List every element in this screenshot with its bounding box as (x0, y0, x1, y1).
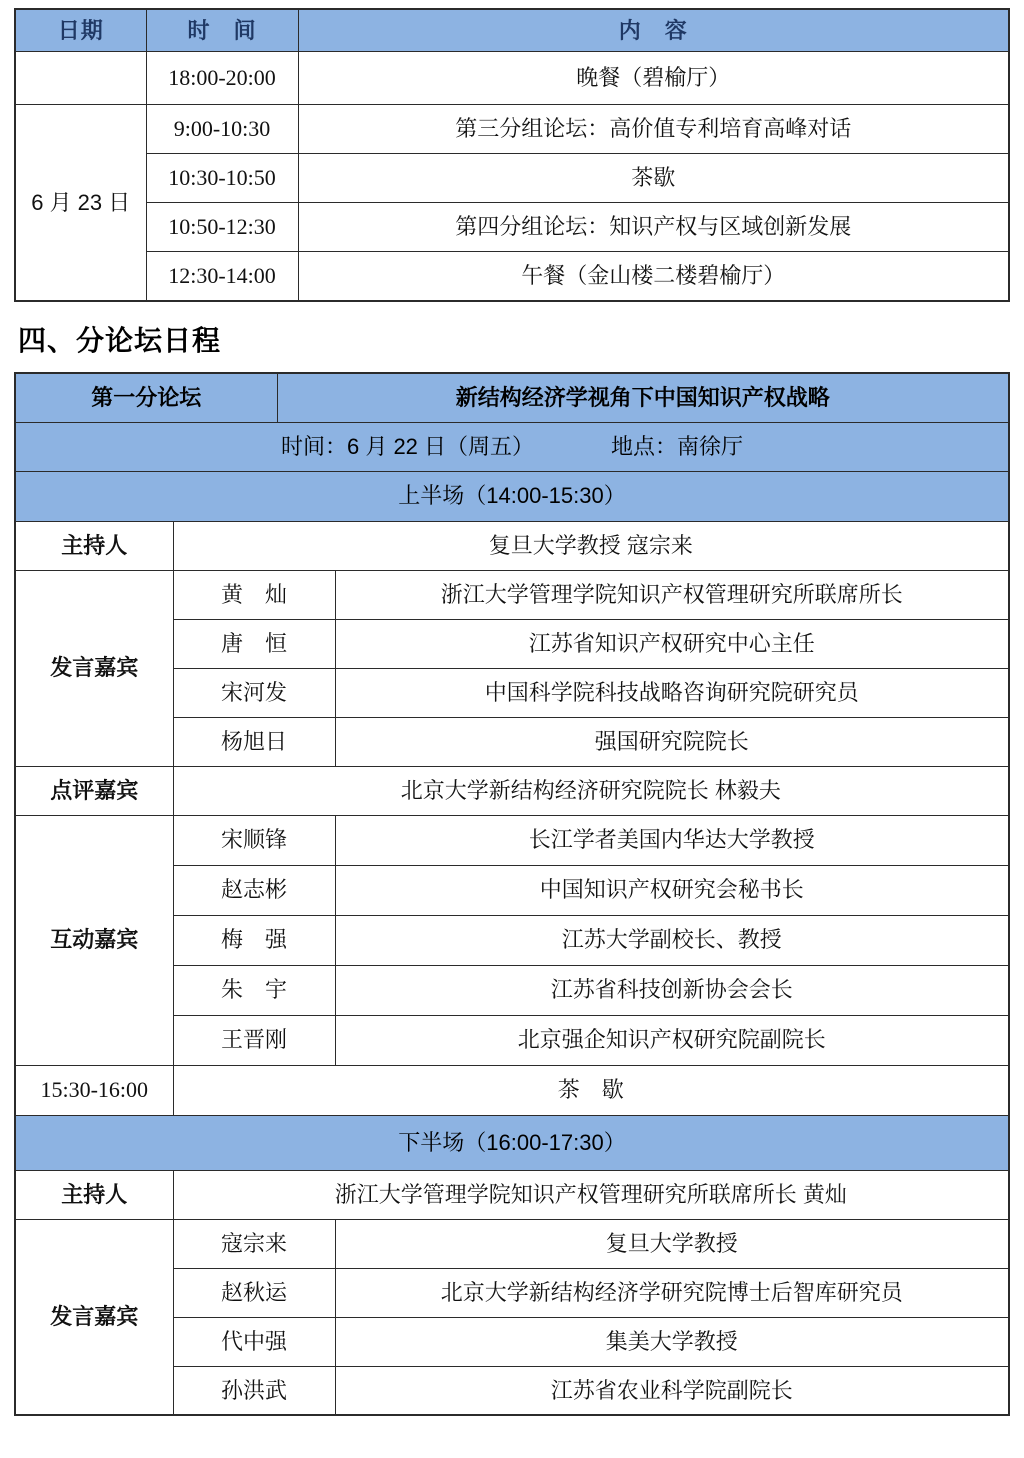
commentator-row: 点评嘉宾 北京大学新结构经济研究院院长 林毅夫 (15, 766, 1009, 815)
speaker-name-cell: 寇宗来 (173, 1219, 335, 1268)
panelist-title-cell: 江苏省科技创新协会会长 (335, 965, 1009, 1015)
time-cell: 18:00-20:00 (146, 51, 298, 104)
day-schedule-table: 日期 时 间 内 容 18:00-20:00 晚餐（碧榆厅） 6 月 23 日 … (14, 8, 1010, 302)
time-cell: 9:00-10:30 (146, 104, 298, 153)
schedule-row: 6 月 23 日 9:00-10:30 第三分组论坛：高价值专利培育高峰对话 (15, 104, 1009, 153)
forum-meta-row: 时间：6 月 22 日（周五） 地点：南徐厅 (15, 422, 1009, 471)
session1-header-cell: 上半场（14:00-15:30） (15, 471, 1009, 521)
header-cell-content: 内 容 (298, 9, 1009, 51)
commentator-label-cell: 点评嘉宾 (15, 766, 173, 815)
speaker-name-cell: 孙洪武 (173, 1366, 335, 1415)
break-row: 15:30-16:00 茶 歇 (15, 1065, 1009, 1115)
time-cell: 10:50-12:30 (146, 202, 298, 251)
speaker-title-cell: 江苏省知识产权研究中心主任 (335, 619, 1009, 668)
speaker-name-cell: 宋河发 (173, 668, 335, 717)
host-name-cell: 复旦大学教授 寇宗来 (173, 521, 1009, 570)
session1-header-row: 上半场（14:00-15:30） (15, 471, 1009, 521)
speaker-name-cell: 杨旭日 (173, 717, 335, 766)
host-row: 主持人 浙江大学管理学院知识产权管理研究所联席所长 黄灿 (15, 1170, 1009, 1219)
content-cell: 晚餐（碧榆厅） (298, 51, 1009, 104)
session2-header-row: 下半场（16:00-17:30） (15, 1115, 1009, 1170)
speaker-title-cell: 强国研究院院长 (335, 717, 1009, 766)
panel-label-cell: 互动嘉宾 (15, 815, 173, 1065)
break-label-cell: 茶 歇 (173, 1065, 1009, 1115)
session2-header-cell: 下半场（16:00-17:30） (15, 1115, 1009, 1170)
content-cell: 午餐（金山楼二楼碧榆厅） (298, 251, 1009, 301)
panelist-title-cell: 中国知识产权研究会秘书长 (335, 865, 1009, 915)
panelist-name-cell: 王晋刚 (173, 1015, 335, 1065)
speaker-name-cell: 赵秋运 (173, 1268, 335, 1317)
time-cell: 12:30-14:00 (146, 251, 298, 301)
schedule-row: 18:00-20:00 晚餐（碧榆厅） (15, 51, 1009, 104)
speaker-title-cell: 江苏省农业科学院副院长 (335, 1366, 1009, 1415)
date-cell: 6 月 23 日 (15, 104, 146, 301)
content-cell: 第四分组论坛：知识产权与区域创新发展 (298, 202, 1009, 251)
panelist-row: 互动嘉宾 宋顺锋 长江学者美国内华达大学教授 (15, 815, 1009, 865)
speaker-title-cell: 中国科学院科技战略咨询研究院研究员 (335, 668, 1009, 717)
schedule-row: 10:30-10:50 茶歇 (15, 153, 1009, 202)
speakers-label-cell: 发言嘉宾 (15, 1219, 173, 1415)
commentator-name-cell: 北京大学新结构经济研究院院长 林毅夫 (173, 766, 1009, 815)
speaker-title-cell: 北京大学新结构经济学研究院博士后智库研究员 (335, 1268, 1009, 1317)
panelist-name-cell: 赵志彬 (173, 865, 335, 915)
panelist-name-cell: 宋顺锋 (173, 815, 335, 865)
time-cell: 10:30-10:50 (146, 153, 298, 202)
schedule-row: 10:50-12:30 第四分组论坛：知识产权与区域创新发展 (15, 202, 1009, 251)
forum-meta-cell: 时间：6 月 22 日（周五） 地点：南徐厅 (15, 422, 1009, 471)
section-heading: 四、分论坛日程 (18, 324, 1024, 358)
content-cell: 第三分组论坛：高价值专利培育高峰对话 (298, 104, 1009, 153)
header-cell-date: 日期 (15, 9, 146, 51)
content-cell: 茶歇 (298, 153, 1009, 202)
panelist-title-cell: 长江学者美国内华达大学教授 (335, 815, 1009, 865)
host-label-cell: 主持人 (15, 1170, 173, 1219)
host-label-cell: 主持人 (15, 521, 173, 570)
forum-label-cell: 第一分论坛 (15, 373, 277, 422)
schedule-header-row: 日期 时 间 内 容 (15, 9, 1009, 51)
schedule-row: 12:30-14:00 午餐（金山楼二楼碧榆厅） (15, 251, 1009, 301)
panelist-title-cell: 江苏大学副校长、教授 (335, 915, 1009, 965)
panelist-name-cell: 梅 强 (173, 915, 335, 965)
forum-detail-table: 第一分论坛 新结构经济学视角下中国知识产权战略 时间：6 月 22 日（周五） … (14, 372, 1010, 1416)
forum-title-cell: 新结构经济学视角下中国知识产权战略 (277, 373, 1009, 422)
host-row: 主持人 复旦大学教授 寇宗来 (15, 521, 1009, 570)
speaker-title-cell: 集美大学教授 (335, 1317, 1009, 1366)
panelist-title-cell: 北京强企知识产权研究院副院长 (335, 1015, 1009, 1065)
speaker-name-cell: 黄 灿 (173, 570, 335, 619)
header-cell-time: 时 间 (146, 9, 298, 51)
speaker-name-cell: 代中强 (173, 1317, 335, 1366)
date-cell (15, 51, 146, 104)
panelist-name-cell: 朱 宇 (173, 965, 335, 1015)
speakers-label-cell: 发言嘉宾 (15, 570, 173, 766)
break-time-cell: 15:30-16:00 (15, 1065, 173, 1115)
speaker-row: 发言嘉宾 寇宗来 复旦大学教授 (15, 1219, 1009, 1268)
host-name-cell: 浙江大学管理学院知识产权管理研究所联席所长 黄灿 (173, 1170, 1009, 1219)
speaker-title-cell: 浙江大学管理学院知识产权管理研究所联席所长 (335, 570, 1009, 619)
speaker-row: 发言嘉宾 黄 灿 浙江大学管理学院知识产权管理研究所联席所长 (15, 570, 1009, 619)
speaker-title-cell: 复旦大学教授 (335, 1219, 1009, 1268)
forum-title-row: 第一分论坛 新结构经济学视角下中国知识产权战略 (15, 373, 1009, 422)
speaker-name-cell: 唐 恒 (173, 619, 335, 668)
